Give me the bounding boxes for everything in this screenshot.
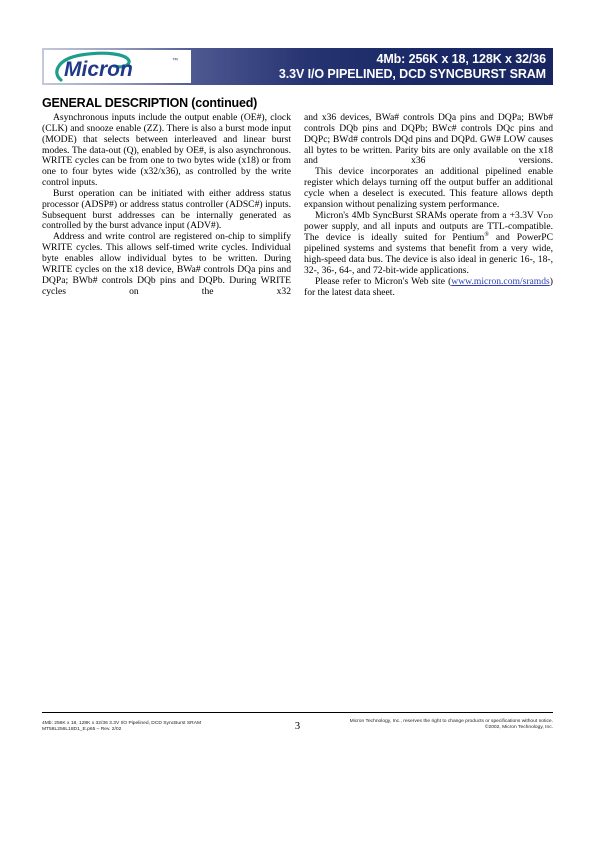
paragraph: Asynchronous inputs include the output e… (42, 113, 291, 189)
footer: 4Mb: 256K x 18, 128K x 32/36 3.3V I/O Pi… (42, 712, 553, 752)
section-heading: GENERAL DESCRIPTION (continued) (42, 96, 553, 110)
paragraph: Micron's 4Mb SyncBurst SRAMs operate fro… (304, 211, 553, 277)
header-title-line1: 4Mb: 256K x 18, 128K x 32/36 (202, 52, 546, 67)
footer-legal: Micron Technology, Inc., reserves the ri… (350, 719, 553, 731)
datasheet-page: Micron ™ 4Mb: 256K x 18, 128K x 32/36 3.… (0, 0, 595, 842)
left-column: Asynchronous inputs include the output e… (42, 113, 291, 298)
micron-logo: Micron ™ (44, 50, 191, 83)
paragraph-text: Micron's 4Mb SyncBurst SRAMs operate fro… (315, 210, 544, 221)
paragraph: and x36 devices, BWa# controls DQa pins … (304, 113, 553, 167)
header-bar: Micron ™ 4Mb: 256K x 18, 128K x 32/36 3.… (42, 48, 553, 85)
paragraph-text: Please refer to Micron's Web site ( (315, 276, 451, 287)
general-description-section: GENERAL DESCRIPTION (continued) Asynchro… (42, 96, 553, 298)
header-title-line2: 3.3V I/O PIPELINED, DCD SYNCBURST SRAM (202, 67, 546, 82)
logo-trademark: ™ (172, 57, 178, 64)
text-columns: Asynchronous inputs include the output e… (42, 113, 553, 298)
header-titles: 4Mb: 256K x 18, 128K x 32/36 3.3V I/O PI… (202, 52, 546, 82)
paragraph: Please refer to Micron's Web site (www.m… (304, 277, 553, 299)
paragraph: Address and write control are registered… (42, 232, 291, 297)
logo-wordmark: Micron (64, 58, 133, 81)
paragraph: This device incorporates an additional p… (304, 167, 553, 210)
vdd-subscript: DD (544, 213, 554, 220)
web-link[interactable]: www.micron.com/sramds (451, 276, 550, 287)
micron-logo-graphic: Micron ™ (49, 51, 187, 82)
right-column: and x36 devices, BWa# controls DQa pins … (304, 113, 553, 298)
footer-copyright: ©2002, Micron Technology, Inc. (350, 725, 553, 731)
paragraph: Burst operation can be initiated with ei… (42, 189, 291, 232)
